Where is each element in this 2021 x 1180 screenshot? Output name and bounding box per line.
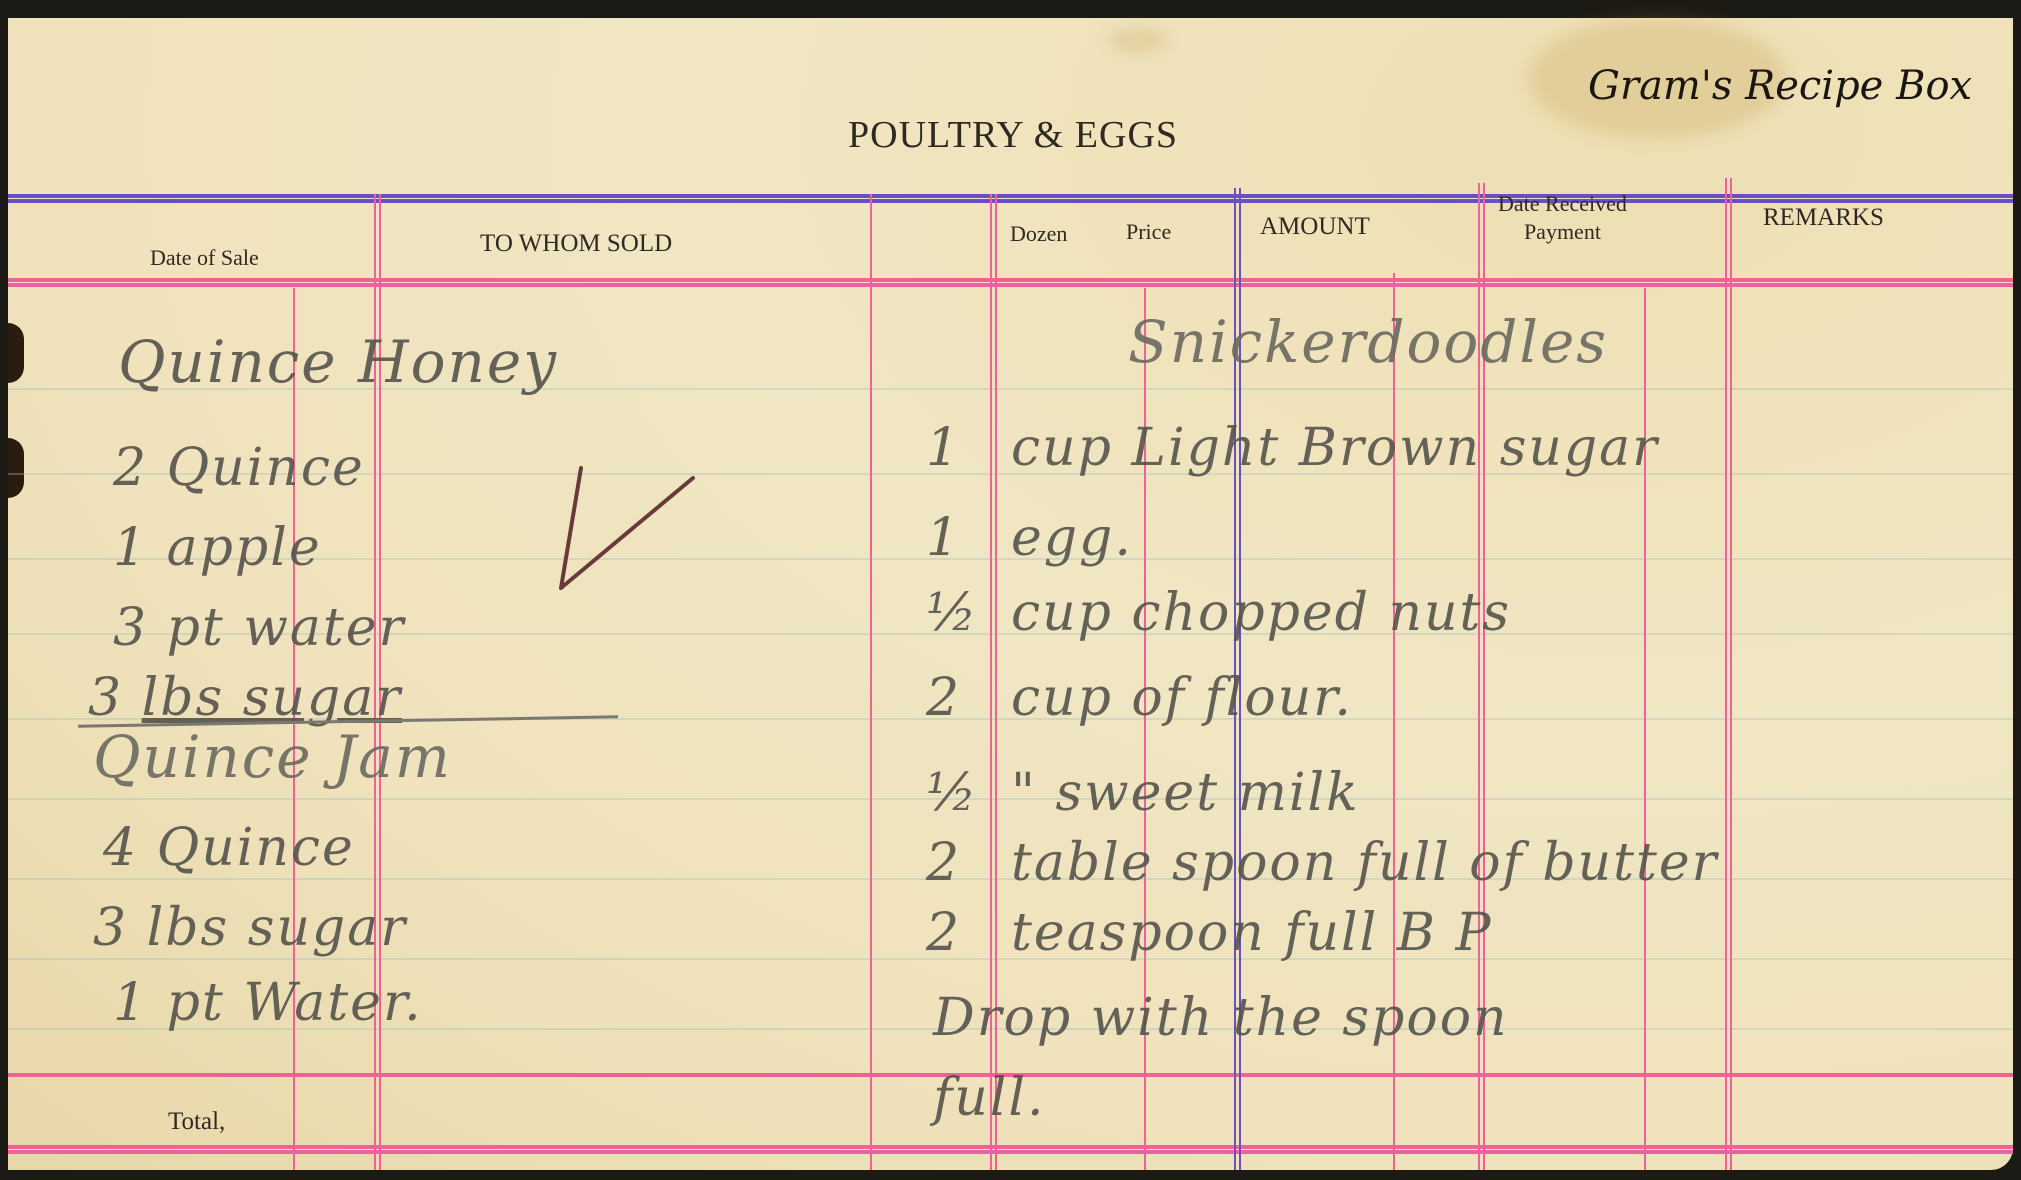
ingredient-qty: 2 xyxy=(926,903,1011,963)
checkmark-icon xyxy=(553,458,703,593)
ingredient-item: pt water xyxy=(167,598,406,658)
ingredient-row: 2table spoon full of butter xyxy=(926,833,1719,893)
ingredient-item: egg. xyxy=(1011,508,1133,568)
col-header-date-of-sale: Date of Sale xyxy=(150,244,259,272)
ingredient-row: 2 Quince xyxy=(113,438,365,498)
ingredient-row: 1 apple xyxy=(113,518,322,578)
col-header-to-whom-sold: TO WHOM SOLD xyxy=(480,230,672,258)
ingredient-qty: 1 xyxy=(113,518,148,578)
ingredient-row: 2cup of flour. xyxy=(926,668,1353,728)
recipe-instructions: Drop with the spoon full. xyxy=(933,978,1573,1138)
ingredient-item: pt Water. xyxy=(167,973,423,1033)
ingredient-qty: 2 xyxy=(113,438,148,498)
total-label: Total, xyxy=(168,1108,225,1136)
ingredient-item: lbs sugar xyxy=(147,898,407,958)
ingredient-qty: 3 xyxy=(113,598,148,658)
recipe-title-quince-jam: Quince Jam xyxy=(93,723,452,791)
ingredient-qty: 1 xyxy=(926,508,1011,568)
ledger-title: POULTRY & EGGS xyxy=(848,113,1178,157)
ingredient-row: 1 pt Water. xyxy=(113,973,423,1033)
col-header-date-received: Date Received Payment xyxy=(1498,190,1627,246)
ingredient-item: teaspoon full B P xyxy=(1011,903,1493,963)
ingredient-row: 4 Quince xyxy=(103,818,355,878)
ingredient-item: cup of flour. xyxy=(1011,668,1353,728)
ingredient-item: cup chopped nuts xyxy=(1011,583,1511,643)
col-header-date-received-line1: Date Received xyxy=(1498,190,1627,218)
ingredient-item: Quince xyxy=(157,818,355,878)
ledger-page: Gram's Recipe Box POULTRY & EGGS Date of… xyxy=(8,18,2013,1170)
total-bottom-rule xyxy=(8,1145,2013,1154)
col-header-remarks: REMARKS xyxy=(1763,204,1884,232)
recipe-title-snickerdoodles: Snickerdoodles xyxy=(1128,308,1608,376)
recipe-title-quince-honey: Quince Honey xyxy=(118,328,558,396)
col-header-dozen: Dozen xyxy=(1010,220,1067,248)
column-divider xyxy=(870,194,872,1170)
ingredient-qty: 1 xyxy=(113,973,148,1033)
col-header-date-received-line2: Payment xyxy=(1498,218,1627,246)
ingredient-row: 1cup Light Brown sugar xyxy=(926,418,1659,478)
ingredient-qty: 2 xyxy=(926,833,1011,893)
col-header-price: Price xyxy=(1126,218,1171,246)
ingredient-qty: ½ xyxy=(926,583,1011,643)
col-header-amount: AMOUNT xyxy=(1260,213,1370,241)
brand-title: Gram's Recipe Box xyxy=(1588,63,1972,109)
ingredient-qty: ½ xyxy=(926,763,1011,823)
ingredient-qty: 2 xyxy=(926,668,1011,728)
header-top-rule xyxy=(8,194,2013,203)
ingredient-row: 2teaspoon full B P xyxy=(926,903,1493,963)
ingredient-qty: 3 xyxy=(88,668,123,728)
ingredient-item: table spoon full of butter xyxy=(1011,833,1719,893)
ingredient-qty: 4 xyxy=(103,818,138,878)
ingredient-row: 3 lbs sugar xyxy=(93,898,407,958)
ingredient-row: 1egg. xyxy=(926,508,1133,568)
ingredient-item: " sweet milk xyxy=(1011,763,1360,823)
binder-hole xyxy=(8,323,24,383)
paper-stain xyxy=(1108,28,1168,53)
ingredient-qty: 1 xyxy=(926,418,1011,478)
ingredient-qty: 3 xyxy=(93,898,128,958)
header-bottom-rule xyxy=(8,278,2013,287)
binder-hole xyxy=(8,438,24,498)
ingredient-item: cup Light Brown sugar xyxy=(1011,418,1659,478)
ingredient-row: ½" sweet milk xyxy=(926,763,1360,823)
ingredient-item: apple xyxy=(167,518,322,578)
ingredient-row: 3 pt water xyxy=(113,598,405,658)
ingredient-item: Quince xyxy=(167,438,365,498)
ingredient-row: ½cup chopped nuts xyxy=(926,583,1511,643)
column-divider xyxy=(1725,178,1732,1170)
